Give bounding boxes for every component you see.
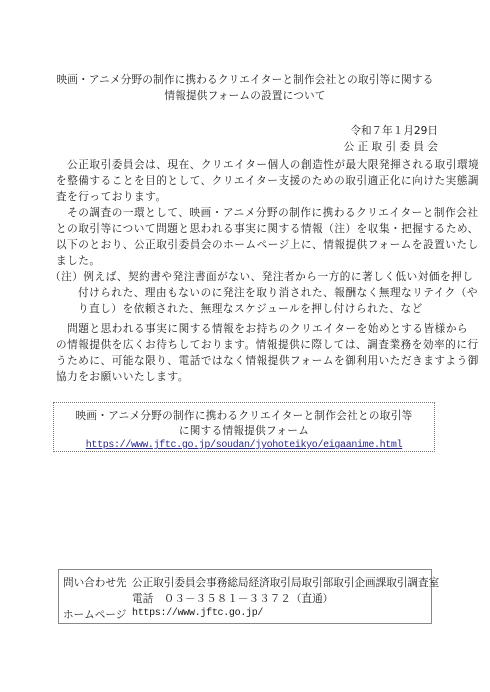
contact-phone: 電話 ０３－３５８１－３３７２（直通）: [132, 591, 333, 606]
form-url-link[interactable]: https://www.jftc.go.jp/soudan/jyohoteiky…: [86, 440, 402, 451]
text-line: り直し）を依頼された、無理なスケジュールを押し付けられた、など: [78, 301, 423, 316]
homepage-label: ホームページ: [63, 607, 126, 622]
text-line: を整備することを目的として、クリエイター支援のための取引適正化に向けた実態調: [56, 173, 479, 188]
text-line: 協力をお願いいたします。: [56, 369, 189, 384]
text-line: との取引等について問題と思われる事実に関する情報（注）を収集・把握するため、: [56, 221, 479, 236]
text-line: （注）例えば、契約書や発注書面がない、発注者から一方的に著しく低い対価を押し: [50, 269, 473, 284]
text-line: の情報提供を広くお待ちしております。情報提供に際しては、調査業務を効率的に行: [56, 337, 479, 352]
text-line: 以下のとおり、公正取引委員会のホームページ上に、情報提供フォームを設置いたし: [56, 237, 479, 252]
text-line: 公正取引委員会は、現在、クリエイター個人の創造性が最大限発揮される取引環境: [56, 157, 479, 172]
contact-organization: 公正取引委員会事務総局経済取引局取引部取引企画課取引調査室: [132, 575, 439, 590]
form-box-title-line-2: に関する情報提供フォーム: [54, 423, 434, 438]
text-line: ました。: [56, 253, 101, 268]
text-line: その調査の一環として、映画・アニメ分野の制作に携わるクリエイターと制作会社: [56, 205, 479, 220]
contact-label: 問い合わせ先: [63, 575, 127, 590]
homepage-url[interactable]: https://www.jftc.go.jp/: [132, 608, 263, 619]
form-info-box: 映画・アニメ分野の制作に携わるクリエイターと制作会社との取引等 に関する情報提供…: [53, 402, 435, 452]
text-line: 問題と思われる事実に関する情報をお持ちのクリエイターを始めとする皆様から: [56, 321, 468, 336]
text-line: 査を行っております。: [56, 189, 167, 204]
document-title-line-1: 映画・アニメ分野の制作に携わるクリエイターと制作会社との取引等に関する: [0, 72, 490, 87]
issue-date: 令和７年１月29日: [350, 123, 438, 138]
text-line: 付けられた、理由もないのに発注を取り消された、報酬なく無理なリテイク（や: [78, 285, 478, 300]
form-box-title-line-1: 映画・アニメ分野の制作に携わるクリエイターと制作会社との取引等: [54, 408, 434, 423]
document-title-line-2: 情報提供フォームの設置について: [0, 88, 490, 103]
issuer-name: 公 正 取 引 委 員 会: [344, 139, 438, 154]
text-line: うために、可能な限り、電話ではなく情報提供フォームを御利用いただきますよう御: [56, 353, 479, 368]
contact-box: 問い合わせ先 公正取引委員会事務総局経済取引局取引部取引企画課取引調査室 電話 …: [58, 569, 432, 624]
